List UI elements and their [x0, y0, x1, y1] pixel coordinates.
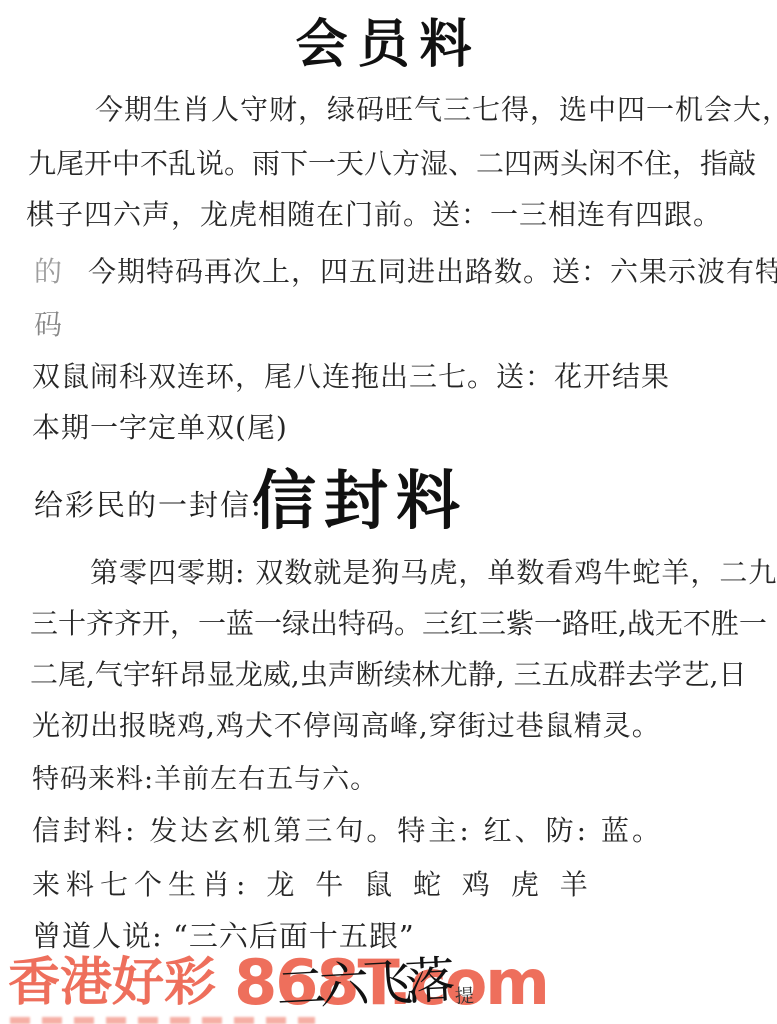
handwritten-overlay-text: 二六飞落提 [274, 939, 475, 1021]
member-paragraph-line: 今期生肖人守财，绿码旺气三七得，选中四一机会大， [95, 88, 777, 128]
handwritten-suffix-character: 提 [454, 985, 474, 1008]
member-fix-line: 本期一字定单双(尾) [32, 406, 288, 446]
member-section-title: 会员料 [295, 2, 481, 77]
envelope-paragraph-line: 二尾,气宇轩昂显龙威,虫声断续林尤静, 三五成群去学艺,日 [30, 653, 747, 693]
envelope-section-title: 信封料 [252, 450, 468, 542]
envelope-paragraph-line: 三十齐齐开，一蓝一绿出特码。三红三紫一路旺,战无不胜一 [30, 602, 767, 642]
member-paragraph-line: 九尾开中不乱说。雨下一天八方湿、二四两头闲不住，指敲 [28, 142, 756, 182]
member-paragraph-line: 棋子四六声，龙虎相随在门前。送：一三相连有四跟。 [26, 193, 722, 233]
watermark-brand-text: 香港好彩 [8, 953, 234, 1013]
zodiac-list-line: 来料七个生肖: 龙 牛 鼠 蛇 鸡 虎 羊 [32, 863, 594, 903]
tema-source-line: 特码来料:羊前左右五与六。 [32, 757, 378, 796]
scanned-lottery-tip-sheet: 会员料 今期生肖人守财，绿码旺气三七得，选中四一机会大， 九尾开中不乱说。雨下一… [0, 0, 777, 1024]
faded-character: 的 [34, 250, 63, 290]
envelope-paragraph-line: 光初出报晓鸡,鸡犬不停闯高峰,穿街过巷鼠精灵。 [32, 704, 661, 744]
envelope-intro-label: 给彩民的一封信: [34, 483, 263, 524]
member-tip-line: 今期特码再次上，四五同进出路数。送：六果示波有特 [88, 250, 777, 290]
faded-wrap-character: 码 [34, 303, 63, 343]
member-pair-line: 双鼠闹科双连环，尾八连拖出三七。送：花开结果 [32, 355, 670, 395]
envelope-hint-line: 信封料: 发达玄机第三句。特主: 红、防: 蓝。 [32, 809, 663, 849]
envelope-paragraph-line: 第零四零期: 双数就是狗马虎，单数看鸡牛蛇羊，二九 [90, 551, 777, 591]
